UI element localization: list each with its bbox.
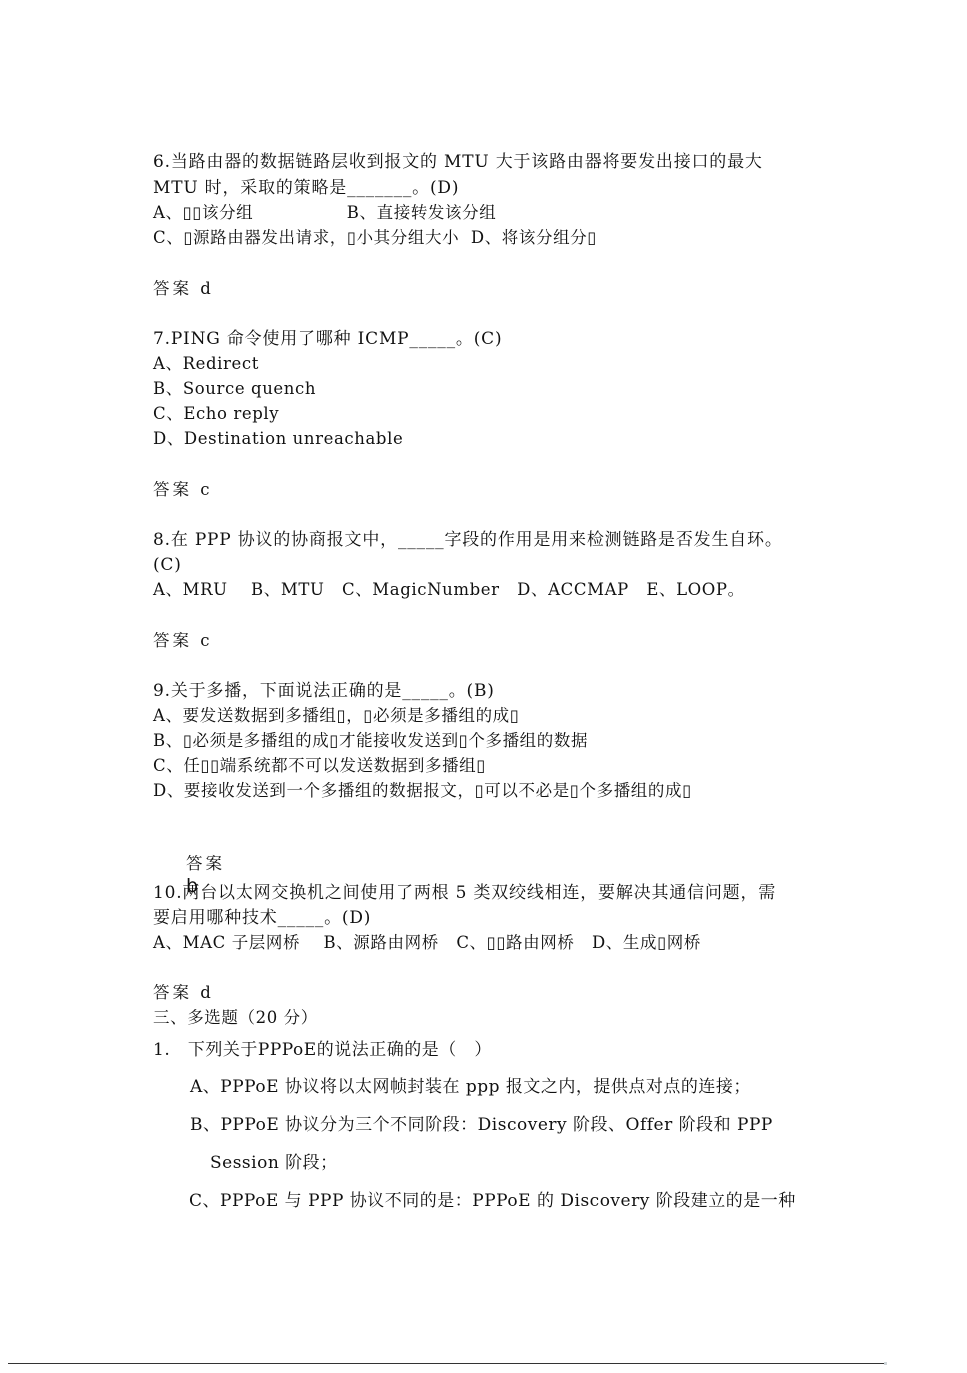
q9-answer-prefix: 答案 [186,854,225,873]
section3-title: 三、多选题（20 分） [153,1007,318,1029]
q9-stem: 9.关于多播，下面说法正确的是_____。(B) [153,680,495,702]
q10-options: A、MAC 子层网桥 B、源路由网桥 C、▯▯路由网桥 D、生成▯网桥 [153,932,701,954]
s3-q1-option-a: A、PPPoE 协议将以太网帧封装在 ppp 报文之内，提供点对点的连接； [190,1076,751,1098]
q9-option-a: A、要发送数据到多播组▯，▯必须是多播组的成▯ [153,705,519,727]
q6-options-line1: A、▯▯该分组 B、直接转发该分组 [153,202,496,224]
q6-stem-line1: 6.当路由器的数据链路层收到报文的 MTU 大于该路由器将要发出接口的最大 [153,151,763,173]
document-page: 6.当路由器的数据链路层收到报文的 MTU 大于该路由器将要发出接口的最大 MT… [0,0,967,1373]
q8-stem-line2: (C) [153,554,182,576]
q6-answer: 答案 d [153,278,214,300]
q8-stem-line1: 8.在 PPP 协议的协商报文中，_____字段的作用是用来检测链路是否发生自环… [153,529,783,551]
q7-option-b: B、Source quench [153,378,316,400]
q9-option-b: B、▯必须是多播组的成▯才能接收发送到▯个多播组的数据 [153,730,588,752]
q8-options: A、MRU B、MTU C、MagicNumber D、ACCMAP E、LOO… [153,579,745,601]
footer-divider [8,1363,885,1364]
q10-stem-line1: 10.两台以太网交换机之间使用了两根 5 类双绞线相连，要解决其通信问题，需 [153,882,776,904]
q7-option-c: C、Echo reply [153,403,279,425]
footer-mark [884,1362,887,1365]
q7-stem: 7.PING 命令使用了哪种 ICMP_____。(C) [153,328,502,350]
q9-option-c: C、任▯▯端系统都不可以发送数据到多播组▯ [153,755,486,777]
q6-options-line2: C、▯源路由器发出请求，▯小其分组大小 D、将该分组分▯ [153,227,597,249]
q9-option-d: D、要接收发送到一个多播组的数据报文，▯可以不必是▯个多播组的成▯ [153,780,692,802]
q7-option-d: D、Destination unreachable [153,428,403,450]
q8-answer: 答案 c [153,630,213,652]
q6-stem-line2: MTU 时，采取的策略是_______。(D) [153,177,459,199]
s3-q1-option-b-line2: Session 阶段； [210,1152,338,1174]
q7-answer: 答案 c [153,479,213,501]
s3-q1-stem: 1. 下列关于PPPoE的说法正确的是（ ） [153,1039,492,1061]
q10-answer: 答案 d [153,982,214,1004]
q7-option-a: A、Redirect [153,353,259,375]
q10-stem-line2: 要启用哪种技术_____。(D) [153,907,371,929]
s3-q1-option-b-line1: B、PPPoE 协议分为三个不同阶段：Discovery 阶段、Offer 阶段… [190,1114,773,1136]
s3-q1-option-c-line1: C、PPPoE 与 PPP 协议不同的是：PPPoE 的 Discovery 阶… [189,1190,796,1212]
